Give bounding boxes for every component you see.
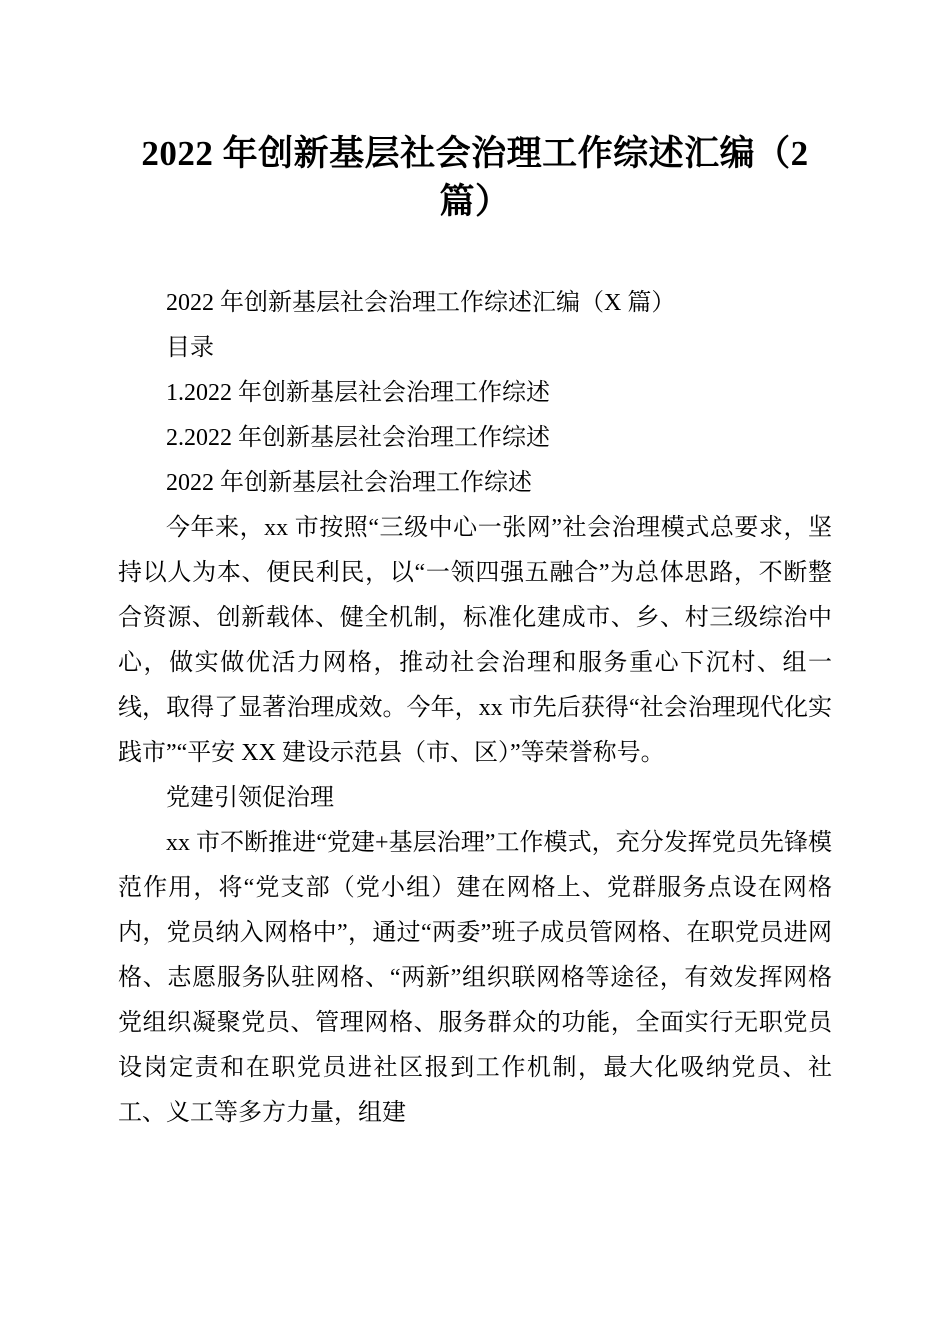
paragraph-article-heading: 2022 年创新基层社会治理工作综述: [118, 461, 832, 506]
paragraph-toc-heading: 目录: [118, 326, 832, 371]
document-page: 2022 年创新基层社会治理工作综述汇编（2 篇） 2022 年创新基层社会治理…: [0, 0, 950, 1344]
document-title-line-1: 2022 年创新基层社会治理工作综述汇编（2: [118, 130, 832, 178]
paragraph-compilation-heading: 2022 年创新基层社会治理工作综述汇编（X 篇）: [118, 281, 832, 326]
paragraph-intro: 今年来，xx 市按照“三级中心一张网”社会治理模式总要求，坚持以人为本、便民利民…: [118, 506, 832, 776]
paragraph-party-building: xx 市不断推进“党建+基层治理”工作模式，充分发挥党员先锋模范作用，将“党支部…: [118, 821, 832, 1136]
document-body: 2022 年创新基层社会治理工作综述汇编（X 篇） 目录 1.2022 年创新基…: [118, 281, 832, 1136]
document-title: 2022 年创新基层社会治理工作综述汇编（2 篇）: [118, 130, 832, 226]
paragraph-toc-item-1: 1.2022 年创新基层社会治理工作综述: [118, 371, 832, 416]
paragraph-toc-item-2: 2.2022 年创新基层社会治理工作综述: [118, 416, 832, 461]
paragraph-section-heading: 党建引领促治理: [118, 776, 832, 821]
document-title-line-2: 篇）: [118, 178, 832, 226]
